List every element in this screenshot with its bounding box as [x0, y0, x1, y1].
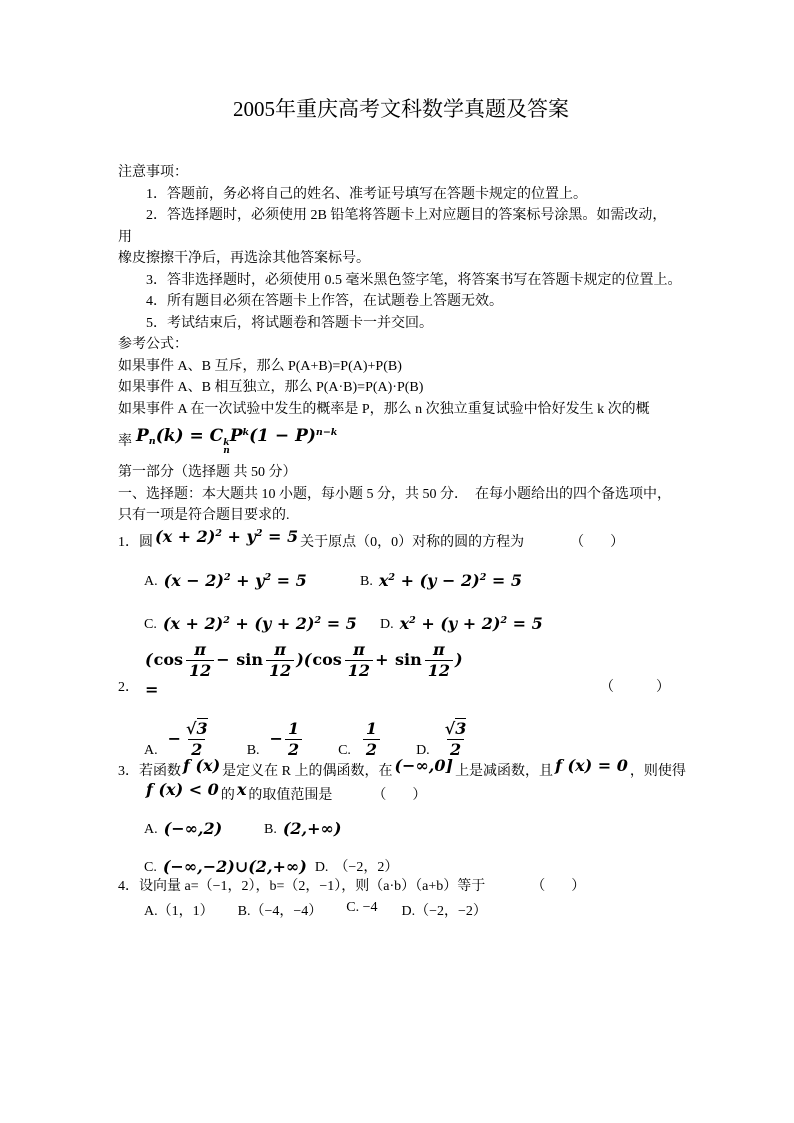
question-3-fx-lt-0: f (x) < 0	[146, 779, 219, 801]
section-instructions-1: 一、选择题：本大题共 10 小题，每小题 5 分，共 50 分． 在每小题给出的…	[118, 484, 684, 506]
notice-item-4: 4．所有题目必须在答题卡上作答，在试题卷上答题无效。	[118, 291, 684, 313]
question-2-number: 2．	[118, 676, 139, 699]
notice-item-2-cont-2: 橡皮擦擦干净后，再选涂其他答案标号。	[118, 248, 684, 270]
question-4-options-row: A.（1，1） B.（−4，−4） C. −4 D.（−2，−2）	[118, 900, 684, 920]
binomial-probability-formula: Pn(k) = CknPk(1 − P)n−k	[136, 426, 337, 455]
question-2-option-c: C. 12	[338, 720, 382, 759]
formula-line-2: 如果事件 A、B 相互独立，那么 P(A·B)=P(A)·P(B)	[118, 377, 684, 399]
question-4-answer-blank: （ ）	[531, 879, 591, 894]
question-4-option-c: C. −4	[346, 900, 377, 920]
question-2: 2． (cosπ12− sinπ12)(cosπ12+ sinπ12) = （ …	[118, 651, 684, 699]
question-4-text: 设向量 a=（−1，2），b=（2，−1），则（a·b）（a+b）等于	[139, 879, 485, 894]
question-3-options-row-1: A. (−∞,2) B. (2,+∞)	[118, 820, 684, 838]
question-4: 4．设向量 a=（−1，2），b=（2，−1），则（a·b）（a+b）等于（ ）	[118, 876, 684, 898]
notice-item-2: 2．答选择题时，必须使用 2B 铅笔将答题卡上对应题目的答案标号涂黑。如需改动，	[118, 205, 684, 227]
formula-line-4-prefix: 率	[118, 430, 132, 450]
document-content: 2005年重庆高考文科数学真题及答案 注意事项： 1．答题前，务必将自己的姓名、…	[0, 0, 794, 920]
question-3-interval: (−∞,0]	[394, 755, 453, 777]
notice-item-2-cont-1: 用	[118, 227, 684, 249]
formula-line-4: 率 Pn(k) = CknPk(1 − P)n−k	[118, 425, 684, 455]
part-one-heading: 第一部分（选择题 共 50 分）	[118, 462, 684, 484]
question-4-number: 4．	[118, 879, 139, 894]
notice-item-3: 3．答非选择题时，必须使用 0.5 毫米黑色签字笔，将答案书写在答题卡规定的位置…	[118, 270, 684, 292]
question-2-option-b: B. −12	[247, 720, 304, 759]
question-4-option-b: B.（−4，−4）	[238, 900, 323, 920]
question-1-answer-blank: （ ）	[570, 535, 630, 550]
formula-line-1: 如果事件 A、B 互斥，那么 P(A+B)=P(A)+P(B)	[118, 356, 684, 378]
question-1-option-d: D. x2 + (y + 2)2 = 5	[380, 612, 543, 633]
question-1: 1．圆(x + 2)2 + y2 = 5关于原点（0，0）对称的圆的方程为（ ）	[118, 527, 684, 554]
page-title: 2005年重庆高考文科数学真题及答案	[118, 96, 684, 122]
question-1-pre: 圆	[139, 535, 153, 550]
question-3-x: x	[237, 779, 247, 801]
notice-item-1: 1．答题前，务必将自己的姓名、准考证号填写在答题卡规定的位置上。	[118, 184, 684, 206]
question-3-fx: f (x)	[183, 755, 220, 777]
question-1-options-row-1: A. (x − 2)2 + y2 = 5 B. x2 + (y − 2)2 = …	[118, 569, 684, 590]
question-3-answer-blank: （ ）	[372, 788, 432, 803]
question-2-formula: (cosπ12− sinπ12)(cosπ12+ sinπ12) =	[145, 641, 470, 699]
question-1-option-c: C. (x + 2)2 + (y + 2)2 = 5	[144, 612, 380, 633]
question-3-option-b: B. (2,+∞)	[264, 820, 341, 838]
question-2-options-row: A. −√32 B. −12 C. 12 D. √32	[118, 711, 684, 759]
question-2-answer-blank: （ ）	[600, 676, 684, 699]
exam-document-page: 2005年重庆高考文科数学真题及答案 注意事项： 1．答题前，务必将自己的姓名、…	[0, 0, 794, 1123]
question-2-option-d: D. √32	[416, 720, 471, 759]
question-3-options-row-2: C. (−∞,−2)∪(2,+∞) D. （−2，2）	[118, 856, 684, 876]
question-2-option-a: A. −√32	[144, 720, 213, 759]
notice-item-5: 5．考试结束后，将试题卷和答题卡一并交回。	[118, 313, 684, 335]
question-3-option-c: C. (−∞,−2)∪(2,+∞)	[144, 858, 307, 876]
question-1-option-a: A. (x − 2)2 + y2 = 5	[144, 569, 360, 590]
question-3-fx-eq-0: f (x) = 0	[555, 755, 628, 777]
question-3-option-d: D. （−2，2）	[315, 856, 399, 876]
question-3-option-a: A. (−∞,2)	[144, 820, 264, 838]
question-1-options-row-2: C. (x + 2)2 + (y + 2)2 = 5 D. x2 + (y + …	[118, 612, 684, 633]
question-4-option-a: A.（1，1）	[144, 900, 214, 920]
question-1-formula: (x + 2)2 + y2 = 5	[155, 523, 298, 548]
question-1-option-b: B. x2 + (y − 2)2 = 5	[360, 569, 522, 590]
notices-heading: 注意事项：	[118, 162, 684, 184]
question-3-line-2: f (x) < 0的x的取值范围是（ ）	[118, 783, 684, 807]
formula-line-3: 如果事件 A 在一次试验中发生的概率是 P，那么 n 次独立重复试验中恰好发生 …	[118, 399, 684, 421]
question-3-number: 3．	[118, 764, 139, 779]
question-1-number: 1．	[118, 535, 139, 550]
question-4-option-d: D.（−2，−2）	[402, 900, 487, 920]
formulas-heading: 参考公式：	[118, 334, 684, 356]
question-1-post: 关于原点（0，0）对称的圆的方程为	[300, 535, 524, 550]
